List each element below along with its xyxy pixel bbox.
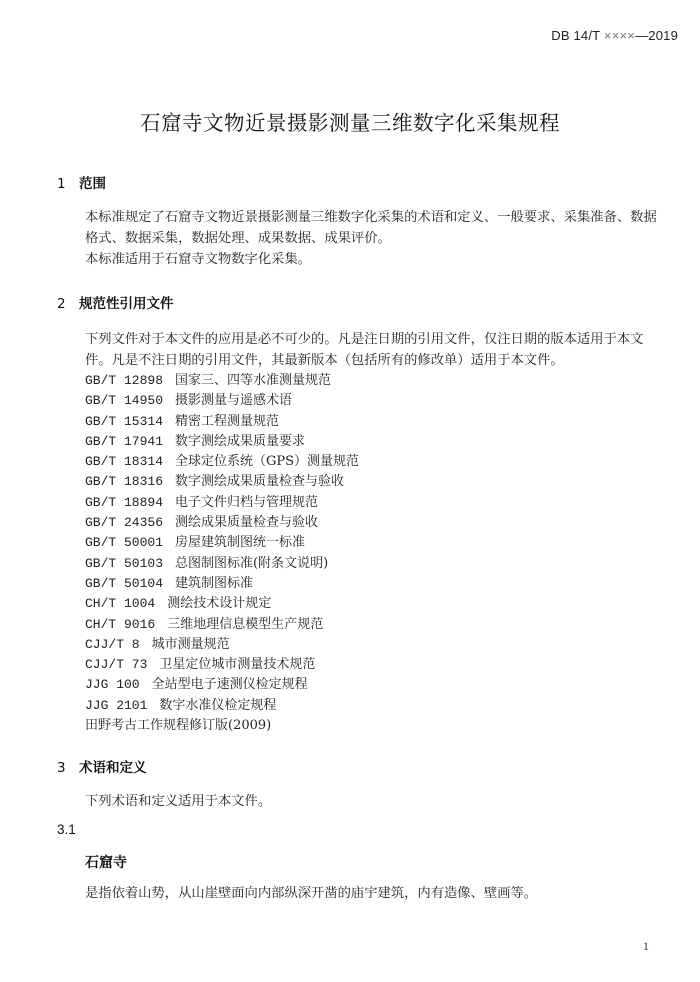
reference-item: GB/T 24356测绘成果质量检查与验收 [85, 513, 359, 533]
reference-code: GB/T 50103 [85, 554, 163, 574]
reference-code: GB/T 15314 [85, 412, 163, 432]
reference-name: 国家三、四等水准测量规范 [175, 373, 331, 388]
reference-code: GB/T 18314 [85, 452, 163, 472]
reference-name: 田野考古工作规程修订版(2009) [85, 718, 271, 733]
reference-name: 摄影测量与遥感术语 [175, 393, 292, 408]
reference-code: GB/T 14950 [85, 391, 163, 411]
document-title: 石窟寺文物近景摄影测量三维数字化采集规程 [0, 106, 700, 136]
reference-item: JJG 100全站型电子速测仪检定规程 [85, 675, 359, 695]
reference-item: GB/T 18316数字测绘成果质量检查与验收 [85, 472, 359, 492]
section-heading-normative-references: 2规范性引用文件 [57, 292, 174, 312]
reference-item: GB/T 14950摄影测量与遥感术语 [85, 391, 359, 411]
reference-code: JJG 100 [85, 675, 140, 695]
reference-code: CH/T 1004 [85, 594, 155, 614]
reference-item: JJG 2101数字水准仪检定规程 [85, 696, 359, 716]
reference-code: GB/T 18316 [85, 472, 163, 492]
reference-item: GB/T 50104建筑制图标准 [85, 574, 359, 594]
reference-item: GB/T 18314全球定位系统（GPS）测量规范 [85, 452, 359, 472]
scope-paragraph-2: 本标准适用于石窟寺文物数字化采集。 [57, 250, 667, 271]
paragraph-text: 本标准适用于石窟寺文物数字化采集。 [57, 250, 667, 271]
scope-paragraph-1: 本标准规定了石窟寺文物近景摄影测量三维数字化采集的术语和定义、一般要求、采集准备… [57, 208, 667, 249]
reference-name: 数字测绘成果质量要求 [175, 434, 305, 449]
reference-name: 建筑制图标准 [175, 576, 253, 591]
reference-name: 测绘成果质量检查与验收 [175, 515, 318, 530]
terms-intro-paragraph: 下列术语和定义适用于本文件。 [57, 792, 667, 813]
reference-name: 卫星定位城市测量技术规范 [159, 657, 315, 672]
document-page: DB 14/T ××××—2019 石窟寺文物近景摄影测量三维数字化采集规程 1… [0, 0, 700, 982]
section-number: 3 [57, 760, 79, 776]
section-heading-scope: 1范围 [57, 172, 106, 192]
reference-name: 精密工程测量规范 [175, 414, 279, 429]
paragraph-text: 下列术语和定义适用于本文件。 [57, 792, 667, 813]
reference-item: CH/T 1004测绘技术设计规定 [85, 594, 359, 614]
reference-code: GB/T 50001 [85, 533, 163, 553]
standard-placeholder: ×××× [604, 28, 635, 43]
reference-item: GB/T 50103总图制图标准(附条文说明) [85, 554, 359, 574]
term-definition: 是指依着山势，从山崖壁面向内部纵深开凿的庙宇建筑，内有造像、壁画等。 [57, 884, 667, 905]
references-intro-paragraph: 下列文件对于本文件的应用是必不可少的。凡是注日期的引用文件，仅注日期的版本适用于… [57, 330, 667, 371]
reference-name: 全球定位系统（GPS）测量规范 [175, 454, 359, 469]
reference-name: 数字水准仪检定规程 [159, 698, 276, 713]
standard-code: DB 14/T ××××—2019 [551, 28, 678, 43]
standard-prefix: DB 14/T [551, 28, 604, 43]
reference-code: JJG 2101 [85, 696, 147, 716]
reference-code: GB/T 50104 [85, 574, 163, 594]
reference-name: 三维地理信息模型生产规范 [167, 617, 323, 632]
section-number: 2 [57, 296, 79, 312]
reference-item: CJJ/T 8城市测量规范 [85, 635, 359, 655]
reference-name: 测绘技术设计规定 [167, 596, 271, 611]
paragraph-text: 下列文件对于本文件的应用是必不可少的。凡是注日期的引用文件，仅注日期的版本适用于… [57, 330, 667, 371]
reference-item: GB/T 15314精密工程测量规范 [85, 412, 359, 432]
reference-name: 总图制图标准(附条文说明) [175, 556, 328, 571]
reference-code: GB/T 24356 [85, 513, 163, 533]
reference-name: 电子文件归档与管理规范 [175, 495, 318, 510]
section-title: 范围 [79, 176, 106, 192]
reference-item: GB/T 50001房屋建筑制图统一标准 [85, 533, 359, 553]
reference-code: GB/T 18894 [85, 493, 163, 513]
reference-code: GB/T 12898 [85, 371, 163, 391]
reference-name: 全站型电子速测仪检定规程 [152, 677, 308, 692]
reference-item: CJJ/T 73卫星定位城市测量技术规范 [85, 655, 359, 675]
reference-item: GB/T 12898国家三、四等水准测量规范 [85, 371, 359, 391]
section-title: 规范性引用文件 [79, 296, 174, 312]
definition-text: 是指依着山势，从山崖壁面向内部纵深开凿的庙宇建筑，内有造像、壁画等。 [57, 884, 667, 905]
standard-year: —2019 [635, 28, 678, 43]
reference-code: CJJ/T 8 [85, 635, 140, 655]
section-title: 术语和定义 [79, 760, 147, 776]
reference-name: 城市测量规范 [152, 637, 230, 652]
paragraph-text: 本标准规定了石窟寺文物近景摄影测量三维数字化采集的术语和定义、一般要求、采集准备… [57, 208, 667, 249]
page-number: 1 [643, 939, 649, 954]
reference-list: GB/T 12898国家三、四等水准测量规范 GB/T 14950摄影测量与遥感… [85, 371, 359, 736]
section-number: 1 [57, 176, 79, 192]
reference-item: 田野考古工作规程修订版(2009) [85, 716, 359, 736]
reference-item: GB/T 17941数字测绘成果质量要求 [85, 432, 359, 452]
reference-name: 数字测绘成果质量检查与验收 [175, 474, 344, 489]
subsection-number: 3.1 [57, 822, 76, 837]
reference-name: 房屋建筑制图统一标准 [175, 535, 305, 550]
section-heading-terms-definitions: 3术语和定义 [57, 756, 147, 776]
reference-item: CH/T 9016三维地理信息模型生产规范 [85, 615, 359, 635]
reference-code: GB/T 17941 [85, 432, 163, 452]
reference-code: CJJ/T 73 [85, 655, 147, 675]
reference-code: CH/T 9016 [85, 615, 155, 635]
term-heading: 石窟寺 [85, 852, 127, 872]
reference-item: GB/T 18894电子文件归档与管理规范 [85, 493, 359, 513]
